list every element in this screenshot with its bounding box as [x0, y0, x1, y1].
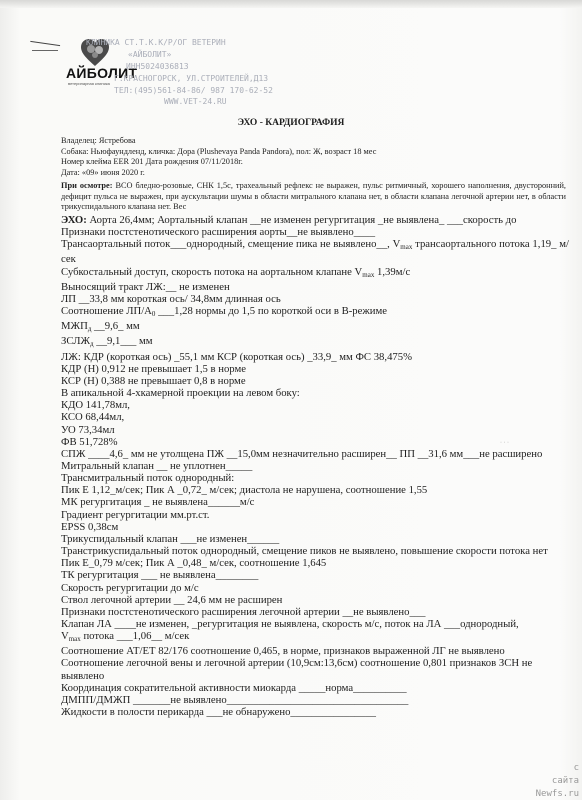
echo-line: Координация сократительной активности ми… [61, 682, 569, 694]
stamp-line: «АЙБОЛИТ» [128, 49, 286, 61]
echo-line: EPSS 0,38см [61, 521, 569, 533]
echo-line: Признаки постстенотического расширения а… [61, 226, 569, 238]
echo-line: Соотношение АТ/ЕТ 82/176 соотношение 0,4… [61, 645, 569, 657]
echo-line: __9,1___ мм [94, 335, 153, 347]
echo-line: 1,39м/с [374, 266, 410, 278]
echo-line: Пик Е 1,12_м/сек; Пик А _0,72_ м/сек; ди… [61, 484, 569, 496]
echo-line: ТК регургитация ___ не выявлена________ [61, 569, 569, 581]
exam-date: Дата: «09» июня 2020 г. [61, 168, 376, 179]
watermark: с сайта Newfs.ru [536, 762, 579, 800]
watermark-line: сайта [536, 775, 579, 788]
pen-mark [32, 50, 58, 51]
echo-line: МЖП [61, 320, 88, 332]
echo-line: потока ___1,06__ м/сек [81, 630, 190, 642]
echo-line: Скорость регургитации до м/с [61, 582, 569, 594]
echo-line: Аорта 26,4мм; Аортальный клапан __не изм… [89, 214, 516, 226]
owner: Владелец: Ястребова [61, 136, 376, 147]
echo-line: Соотношение ЛП/А [61, 305, 152, 317]
echo-line: V [61, 630, 69, 642]
subscript: max [362, 271, 374, 279]
stamp-line: Г.КРАСНОГОРСК, УЛ.СТРОИТЕЛЕЙ,Д13 [114, 73, 286, 85]
clinic-stamp: КЛИНИКА СТ.Т.К.К/Р/ОГ ВЕТЕРИН «АЙБОЛИТ» … [86, 37, 286, 97]
stamp-line: КЛИНИКА СТ.Т.К.К/Р/ОГ ВЕТЕРИН [86, 37, 286, 49]
echo-line: Транстрикуспидальный поток однородный, с… [61, 545, 569, 557]
stamp-line: ТЕЛ:(495)561-84-86/ 987 170-62-52 [114, 85, 286, 97]
echo-label: ЭХО: [61, 214, 87, 226]
echo-line: ЛП __33,8 мм короткая ось/ 34,8мм длинна… [61, 293, 569, 305]
echo-line: КСО 68,44мл, [61, 411, 569, 423]
echo-line: Пик Е_0,79 м/сек; Пик А _0,48_ м/сек, со… [61, 557, 569, 569]
physical-exam: При осмотре: ВСО бледно-розовые, СНК 1,5… [61, 181, 566, 213]
echo-line: КДО 141,78мл, [61, 399, 569, 411]
document-title: ЭХО - КАРДИОГРАФИЯ [0, 118, 582, 128]
echo-line: Трикуспидальный клапан ___не изменен____… [61, 533, 569, 545]
echo-line: СПЖ ____4,6_ мм не утолщена ПЖ __15,0мм … [61, 448, 569, 460]
scan-specks: · · · [500, 440, 530, 448]
echo-line: Субкостальный доступ, скорость потока на… [61, 266, 362, 278]
echo-line: Градиент регургитации мм.рт.ст. [61, 509, 569, 521]
echo-line: КДР (Н) 0,912 не превышает 1,5 в норме [61, 363, 569, 375]
echo-line: УО 73,34мл [61, 424, 569, 436]
echo-line: В апикальной 4-хкамерной проекции на лев… [61, 387, 569, 399]
exam-text: ВСО бледно-розовые, СНК 1,5с, трахеальны… [61, 181, 566, 211]
exam-label: При осмотре: [61, 181, 112, 190]
echo-line: КСР (Н) 0,388 не превышает 0,8 в норме [61, 375, 569, 387]
echo-line: Выносящий тракт ЛЖ:__ не изменен [61, 281, 569, 293]
patient-info: Владелец: Ястребова Собака: Ньюфаундленд… [61, 136, 376, 178]
echo-line: ДМПП/ДМЖП _______не выявлено____________… [61, 694, 569, 706]
echo-line: Жидкости в полости перикарда ___не обнар… [61, 706, 569, 718]
echo-line: Клапан ЛА ____не изменен, _регургитация … [61, 618, 569, 630]
echo-line: Трансаортальный поток___однородный, смещ… [61, 238, 400, 250]
echo-line: Соотношение легочной вены и легочной арт… [61, 657, 569, 681]
dog-info: Собака: Ньюфаундленд, кличка: Дора (Plus… [61, 147, 376, 158]
clinic-website: WWW.VET-24.RU [164, 97, 227, 106]
echo-line: __9,6_ мм [91, 320, 139, 332]
echo-line: ___1,28 нормы до 1,5 по короткой оси в В… [155, 305, 387, 317]
echo-line: МК регургитация _ не выявлена______м/с [61, 496, 569, 508]
echo-line: ЛЖ: КДР (короткая ось) _55,1 мм КСР (кор… [61, 351, 569, 363]
echo-findings: ЭХО: Аорта 26,4мм; Аортальный клапан __н… [61, 214, 569, 718]
watermark-line: с [536, 762, 579, 775]
echo-line: Ствол легочной артерии __ 24,6 мм не рас… [61, 594, 569, 606]
echo-line: ФВ 51,728% [61, 436, 569, 448]
echo-line: Митральный клапан __ не уплотнен_____ [61, 460, 569, 472]
subscript: max [69, 635, 81, 643]
subscript: max [400, 243, 412, 251]
scan-edge [0, 0, 582, 8]
watermark-line: Newfs.ru [536, 788, 579, 800]
echo-line: Трансмитральный поток однородный: [61, 472, 569, 484]
echo-line: ЗСЛЖ [61, 335, 90, 347]
brand-number: Номер клейма EER 201 Дата рождения 07/11… [61, 157, 376, 168]
stamp-line: ИНН5024036813 [126, 61, 286, 73]
echo-line: Признаки постстенотического расширения л… [61, 606, 569, 618]
